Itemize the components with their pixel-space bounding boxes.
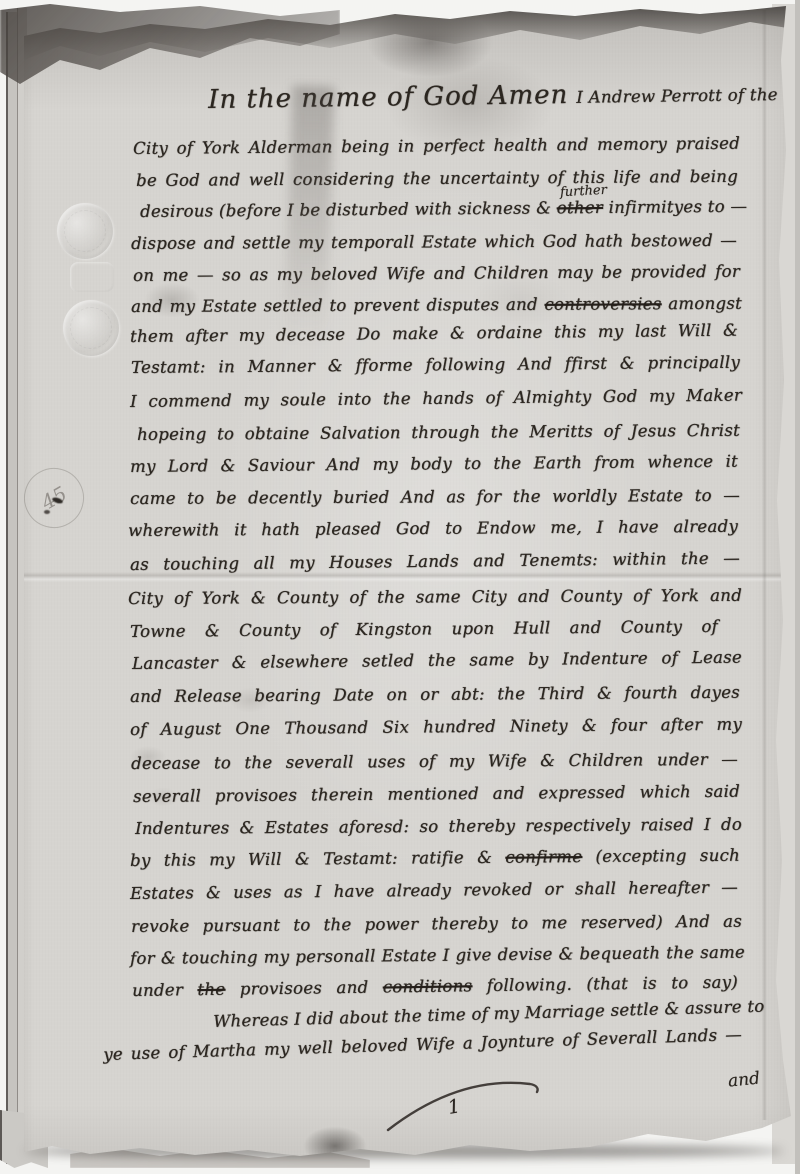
manuscript-line: Testamt: in Manner & fforme following An… — [131, 354, 740, 378]
manuscript-text-block: In the name of God AmenI Andrew Perrott … — [0, 0, 800, 1174]
ink-flourish — [380, 1068, 550, 1138]
manuscript-page: 45 In the name of God AmenI Andrew Perro… — [0, 0, 800, 1174]
manuscript-line: City of York Alderman being in perfect h… — [133, 135, 740, 159]
manuscript-line: them after my decease Do make & ordaine … — [130, 322, 738, 347]
manuscript-line: City of York & County of the same City a… — [128, 587, 742, 609]
manuscript-line: Estates & uses as I have already revoked… — [130, 879, 738, 904]
manuscript-line: by this my Will & Testamt: ratifie & con… — [130, 847, 740, 871]
underlying-page-edge — [795, 0, 800, 1174]
manuscript-line: on me — so as my beloved Wife and Childr… — [133, 263, 740, 286]
incipit-continuation: I Andrew Perrott of the — [576, 85, 778, 107]
manuscript-line: dispose and settle my temporall Estate w… — [131, 232, 737, 254]
manuscript-line: be God and well considering the uncertai… — [136, 168, 738, 191]
manuscript-line: severall provisoes therein mentioned and… — [133, 783, 740, 807]
manuscript-line: I commend my soule into the hands of Alm… — [130, 387, 742, 412]
manuscript-scan: 45 In the name of God AmenI Andrew Perro… — [0, 0, 800, 1174]
manuscript-line: as touching all my Houses Lands and Tene… — [130, 550, 740, 575]
manuscript-line: under the provisoes and conditions follo… — [132, 974, 738, 1001]
manuscript-line: hopeing to obtaine Salvation through the… — [137, 422, 740, 445]
manuscript-line: ye use of Martha my well beloved Wife a … — [103, 1026, 742, 1065]
manuscript-line: and my Estate settled to prevent dispute… — [131, 295, 742, 317]
manuscript-line: wherewith it hath pleased God to Endow m… — [128, 518, 738, 541]
manuscript-line: Indentures & Estates aforesd: so thereby… — [135, 816, 742, 839]
manuscript-line: decease to the severall uses of my Wife … — [131, 751, 738, 774]
manuscript-line: In the name of God AmenI Andrew Perrott … — [208, 79, 742, 116]
manuscript-line: came to be decently buried And as for th… — [130, 487, 740, 509]
incipit-text: In the name of God Amen — [208, 80, 577, 115]
manuscript-line: of August One Thousand Six hundred Ninet… — [130, 716, 742, 740]
manuscript-line: and Release bearing Date on or abt: the … — [130, 684, 740, 707]
manuscript-line: revoke pursuant to the power thereby to … — [131, 913, 742, 937]
manuscript-line: desirous (before I be disturbed with sic… — [140, 198, 742, 222]
manuscript-line: for & touching my personall Estate I giv… — [130, 944, 745, 969]
catchword: and — [727, 1068, 761, 1091]
manuscript-line: my Lord & Saviour And my body to the Ear… — [130, 453, 738, 477]
manuscript-line: Lancaster & elsewhere setled the same by… — [132, 649, 742, 674]
interlinear-insertion: further — [560, 183, 608, 200]
manuscript-line: Towne & County of Kingston upon Hull and… — [130, 618, 718, 642]
